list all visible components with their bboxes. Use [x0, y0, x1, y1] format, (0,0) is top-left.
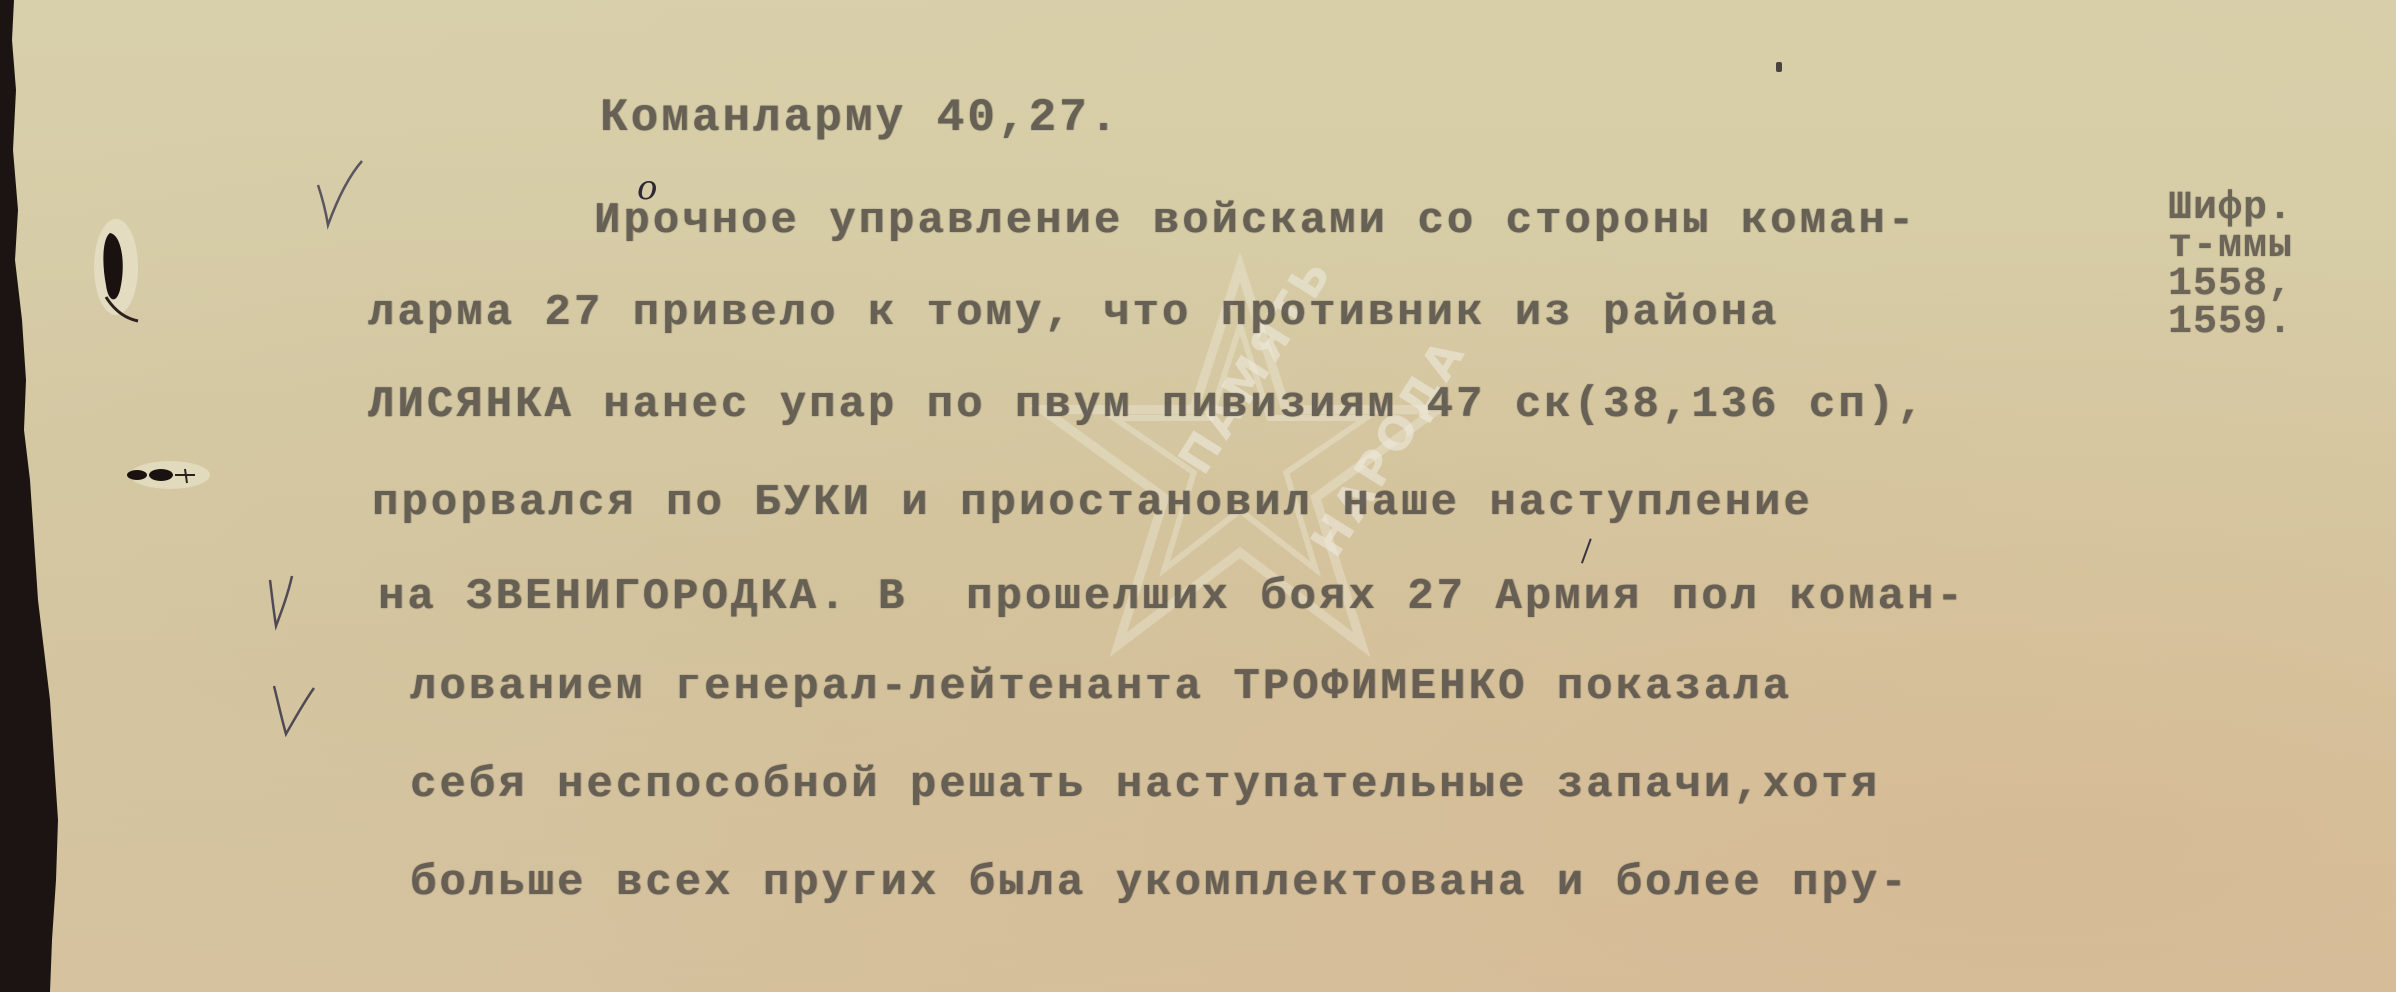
- check-mark-icon: [268, 672, 328, 752]
- margin-note-line: 1558,: [2168, 266, 2293, 304]
- check-mark-icon: [310, 155, 370, 235]
- body-line: прорвался по БУКИ и приостановил наше на…: [372, 478, 1813, 528]
- punch-hole-icon: [115, 455, 210, 495]
- addressee-heading: Команларму 40,27.: [600, 92, 1120, 144]
- watermark-line: ПАМЯТЬ: [1168, 245, 1343, 482]
- check-mark-icon: [262, 570, 322, 650]
- body-line: Ирочное управление войсками со стороны к…: [594, 196, 1917, 246]
- body-line: ларма 27 привело к тому, что противник и…: [368, 288, 1779, 338]
- margin-cipher-note: Шифр. т-ммы 1558, 1559.: [2168, 190, 2293, 342]
- body-line: ЛИСЯНКА нанес упар по пвум пивизиям 47 с…: [368, 380, 1926, 430]
- ink-speck: [1776, 62, 1782, 72]
- pen-stroke-mark: [1581, 538, 1603, 567]
- punch-hole-icon: [80, 205, 150, 335]
- body-line: больше всех пругих была укомплектована и…: [410, 858, 1910, 908]
- body-line: лованием генерал-лейтенанта ТРОФИМЕНКО п…: [410, 662, 1792, 712]
- torn-paper-edge: [0, 0, 60, 992]
- margin-note-line: Шифр.: [2168, 190, 2293, 228]
- body-line: себя неспособной решать наступательные з…: [410, 760, 1880, 810]
- archival-document-page: ПАМЯТЬ НАРОДА Команларму 40,27. о Ирочно…: [0, 0, 2396, 992]
- margin-note-line: т-ммы: [2168, 228, 2293, 266]
- watermark-line: НАРОДА: [1300, 328, 1475, 565]
- margin-note-line: 1559.: [2168, 304, 2293, 342]
- body-line: на ЗВЕНИГОРОДКА. В прошелших боях 27 Арм…: [378, 572, 1966, 622]
